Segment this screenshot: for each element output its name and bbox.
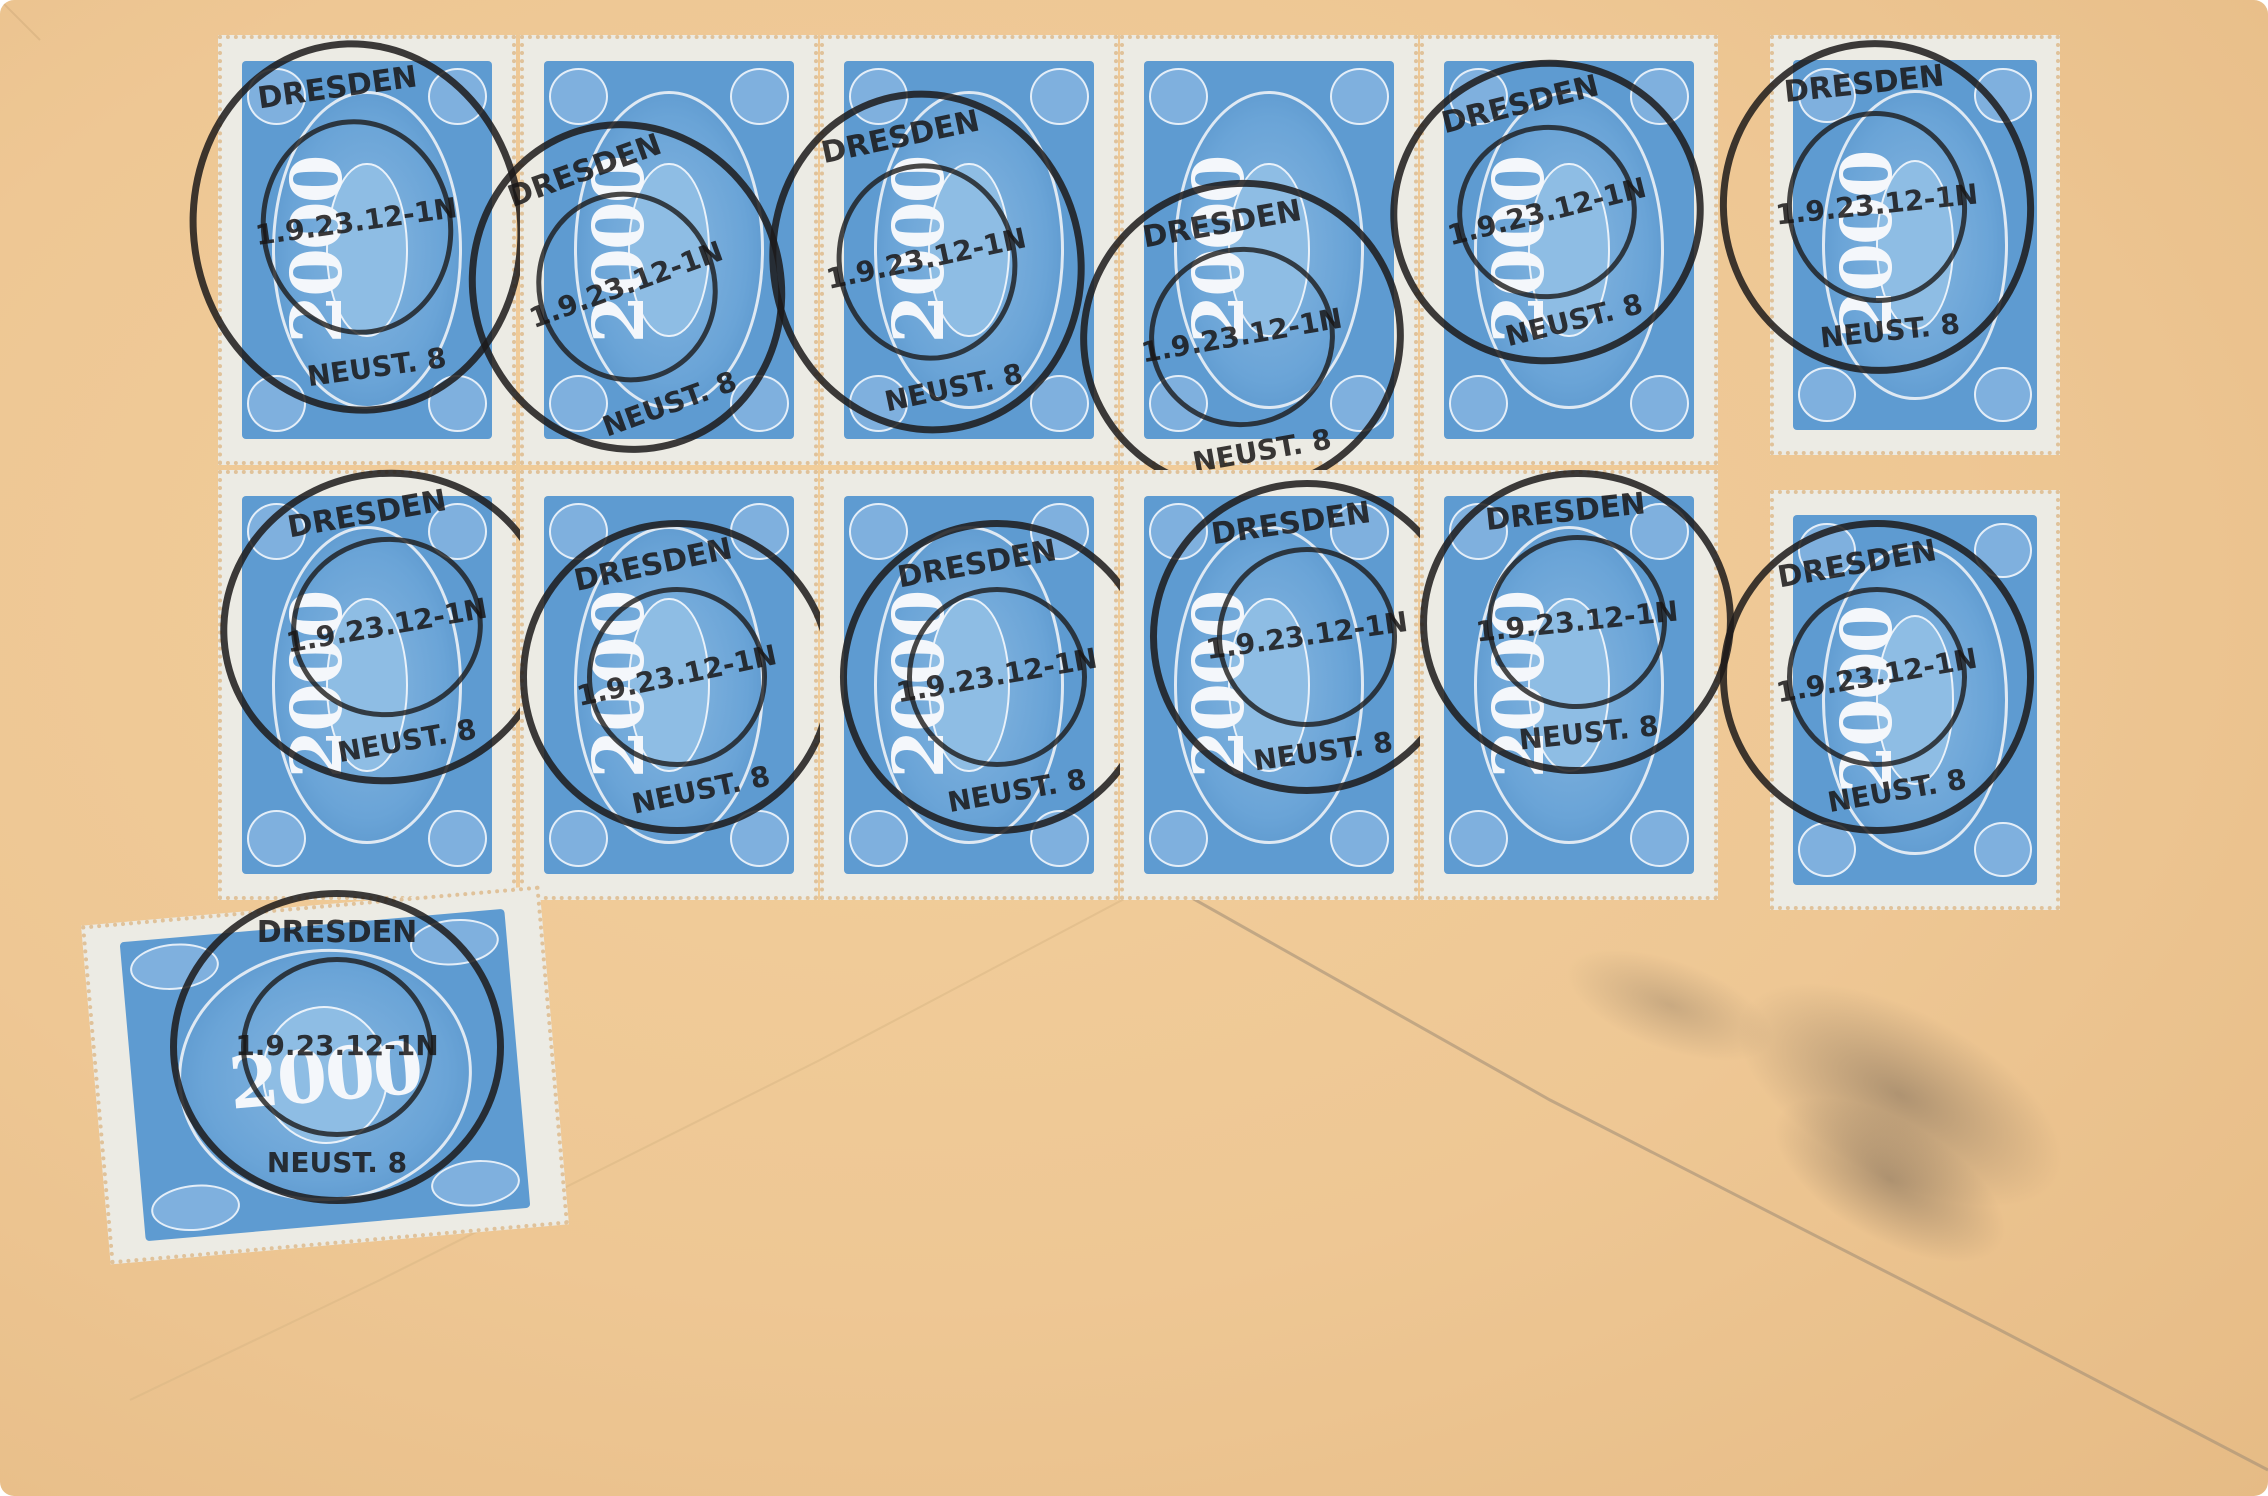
corner-value-ornament bbox=[730, 375, 789, 432]
corner-value-ornament bbox=[1630, 375, 1689, 432]
stamp-value: 2000 bbox=[1177, 157, 1361, 344]
corner-value-ornament bbox=[409, 916, 502, 969]
corner-value-ornament bbox=[1630, 503, 1689, 560]
corner-value-ornament bbox=[247, 375, 306, 432]
corner-value-ornament bbox=[849, 810, 908, 867]
corner-value-ornament bbox=[428, 503, 487, 560]
stamp-value: 2000 bbox=[1825, 152, 2004, 339]
postage-stamp: 2000 bbox=[1420, 35, 1718, 465]
corner-value-ornament bbox=[247, 810, 306, 867]
stamp-oval-frame: 2000 bbox=[574, 526, 764, 844]
postage-stamp: 2000 bbox=[1420, 470, 1718, 900]
stamp-value: 2000 bbox=[877, 592, 1061, 779]
corner-value-ornament bbox=[549, 68, 608, 125]
stamp-design: 2000 bbox=[1144, 496, 1394, 874]
stamp-design: 2000 bbox=[844, 496, 1094, 874]
postage-stamp: 2000 bbox=[820, 35, 1118, 465]
stamp-design: 2000 bbox=[1444, 496, 1694, 874]
corner-value-ornament bbox=[849, 68, 908, 125]
corner-value-ornament bbox=[1974, 367, 2032, 423]
stamp-design: 2000 bbox=[242, 496, 492, 874]
corner-value-ornament bbox=[1798, 68, 1856, 124]
corner-value-ornament bbox=[1330, 810, 1389, 867]
stamp-value: 2000 bbox=[577, 592, 761, 779]
stamp-oval-frame: 2000 bbox=[272, 526, 462, 844]
postage-stamp: 2000 bbox=[218, 35, 516, 465]
stamp-design: 2000 bbox=[1144, 61, 1394, 439]
stamp-oval-frame: 2000 bbox=[1474, 91, 1664, 409]
stamp-value: 2000 bbox=[577, 157, 761, 344]
stamp-value: 2000 bbox=[1177, 592, 1361, 779]
stamp-design: 2000 bbox=[1444, 61, 1694, 439]
corner-value-ornament bbox=[849, 503, 908, 560]
corner-value-ornament bbox=[1030, 810, 1089, 867]
corner-value-ornament bbox=[1449, 375, 1508, 432]
stamp-value: 2000 bbox=[1477, 157, 1661, 344]
stamp-oval-frame: 2000 bbox=[574, 91, 764, 409]
postage-stamp: 2000 bbox=[1770, 35, 2060, 455]
corner-value-ornament bbox=[428, 68, 487, 125]
stamp-design: 2000 bbox=[544, 496, 794, 874]
corner-value-ornament bbox=[1798, 822, 1856, 878]
corner-value-ornament bbox=[1149, 68, 1208, 125]
corner-value-ornament bbox=[549, 503, 608, 560]
corner-value-ornament bbox=[1449, 68, 1508, 125]
corner-value-ornament bbox=[1330, 68, 1389, 125]
stamp-design: 2000 bbox=[844, 61, 1094, 439]
stamp-value: 2000 bbox=[877, 157, 1061, 344]
corner-value-ornament bbox=[1449, 810, 1508, 867]
corner-value-ornament bbox=[1974, 523, 2032, 579]
corner-value-ornament bbox=[1030, 68, 1089, 125]
corner-value-ornament bbox=[1798, 367, 1856, 423]
corner-value-ornament bbox=[149, 1181, 242, 1234]
corner-value-ornament bbox=[730, 68, 789, 125]
stamp-value: 2000 bbox=[275, 157, 459, 344]
stamp-oval-frame: 2000 bbox=[1474, 526, 1664, 844]
stamp-oval-frame: 2000 bbox=[874, 91, 1064, 409]
corner-value-ornament bbox=[1149, 503, 1208, 560]
corner-value-ornament bbox=[1974, 68, 2032, 124]
corner-value-ornament bbox=[247, 503, 306, 560]
stamp-oval-frame: 2000 bbox=[1174, 91, 1364, 409]
postage-stamp: 2000 bbox=[1770, 490, 2060, 910]
corner-value-ornament bbox=[1449, 503, 1508, 560]
stamp-oval-frame: 2000 bbox=[1174, 526, 1364, 844]
corner-value-ornament bbox=[1149, 810, 1208, 867]
corner-value-ornament bbox=[1030, 503, 1089, 560]
corner-value-ornament bbox=[1798, 523, 1856, 579]
corner-value-ornament bbox=[428, 375, 487, 432]
corner-value-ornament bbox=[1974, 822, 2032, 878]
stamp-value: 2000 bbox=[275, 592, 459, 779]
postage-stamp: 2000 bbox=[1120, 470, 1418, 900]
stamp-oval-frame: 2000 bbox=[168, 937, 482, 1213]
postage-stamp: 2000 bbox=[820, 470, 1118, 900]
postage-stamp: 2000 bbox=[218, 470, 516, 900]
corner-value-ornament bbox=[430, 1156, 523, 1209]
stamp-design: 2000 bbox=[242, 61, 492, 439]
postage-stamp: 2000 bbox=[1120, 35, 1418, 465]
envelope-back: 2000 DRESDEN 1.9.23.12-1N NEUST. 8 2000 … bbox=[0, 0, 2268, 1496]
stamp-value: 2000 bbox=[1477, 592, 1661, 779]
stamp-oval-frame: 2000 bbox=[272, 91, 462, 409]
stamp-oval-frame: 2000 bbox=[1822, 545, 2007, 856]
corner-value-ornament bbox=[1030, 375, 1089, 432]
corner-value-ornament bbox=[549, 375, 608, 432]
stamp-oval-frame: 2000 bbox=[1822, 90, 2007, 401]
corner-value-ornament bbox=[1630, 68, 1689, 125]
stamp-value: 2000 bbox=[1825, 607, 2004, 794]
postage-stamp: 2000 bbox=[520, 35, 818, 465]
corner-value-ornament bbox=[1330, 503, 1389, 560]
corner-value-ornament bbox=[428, 810, 487, 867]
stamp-oval-frame: 2000 bbox=[874, 526, 1064, 844]
stamp-design: 2000 bbox=[1793, 60, 2037, 430]
postage-stamp: 2000 bbox=[81, 886, 569, 1265]
corner-value-ornament bbox=[1149, 375, 1208, 432]
stamp-design: 2000 bbox=[544, 61, 794, 439]
corner-value-ornament bbox=[849, 375, 908, 432]
stamp-value: 2000 bbox=[178, 1020, 472, 1130]
stamp-design: 2000 bbox=[1793, 515, 2037, 885]
corner-value-ornament bbox=[247, 68, 306, 125]
corner-value-ornament bbox=[730, 503, 789, 560]
corner-value-ornament bbox=[1630, 810, 1689, 867]
corner-value-ornament bbox=[549, 810, 608, 867]
postage-stamp: 2000 bbox=[520, 470, 818, 900]
stamp-design: 2000 bbox=[119, 909, 530, 1241]
corner-value-ornament bbox=[730, 810, 789, 867]
corner-value-ornament bbox=[1330, 375, 1389, 432]
corner-value-ornament bbox=[128, 940, 221, 993]
